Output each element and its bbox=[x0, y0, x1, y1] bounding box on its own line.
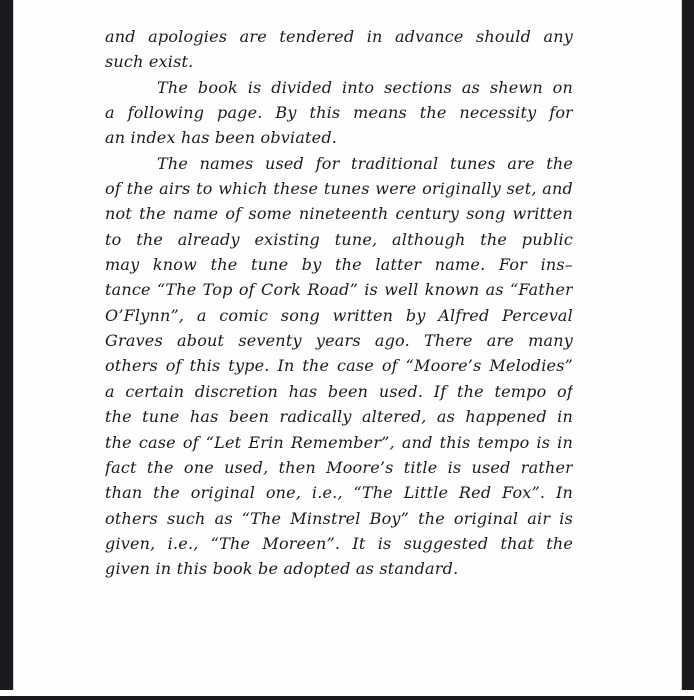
text-line: The book is divided into sections as she… bbox=[105, 75, 573, 100]
text-line: to the already existing tune, although t… bbox=[105, 227, 573, 252]
text-line: others of this type. In the case of “Moo… bbox=[105, 353, 573, 378]
text-line: Graves about seventy years ago. There ar… bbox=[105, 328, 573, 353]
text-line: such exist. bbox=[105, 49, 573, 74]
photo-background-bottom-edge bbox=[0, 696, 694, 700]
text-line: and apologies are tendered in advance sh… bbox=[105, 24, 573, 49]
text-line: The names used for traditional tunes are… bbox=[105, 151, 573, 176]
scanned-book-page: and apologies are tendered in advance sh… bbox=[0, 0, 694, 700]
text-line: an index has been obviated. bbox=[105, 125, 573, 150]
text-line: others such as “The Minstrel Boy” the or… bbox=[105, 506, 573, 531]
photo-background-left-edge bbox=[0, 0, 14, 690]
text-line: of the airs to which these tunes were or… bbox=[105, 176, 573, 201]
text-line: given, i.e., “The Moreen”. It is suggest… bbox=[105, 531, 573, 556]
page-text-block: and apologies are tendered in advance sh… bbox=[105, 24, 573, 582]
text-line: may know the tune by the latter name. Fo… bbox=[105, 252, 573, 277]
text-line: a following page. By this means the nece… bbox=[105, 100, 573, 125]
photo-background-right-edge bbox=[681, 0, 694, 690]
text-line: than the original one, i.e., “The Little… bbox=[105, 480, 573, 505]
text-line: not the name of some nineteenth century … bbox=[105, 201, 573, 226]
text-line: tance “The Top of Cork Road” is well kno… bbox=[105, 277, 573, 302]
text-line: the tune has been radically altered, as … bbox=[105, 404, 573, 429]
text-line: fact the one used, then Moore’s title is… bbox=[105, 455, 573, 480]
text-line: O’Flynn”, a comic song written by Alfred… bbox=[105, 303, 573, 328]
text-line: given in this book be adopted as standar… bbox=[105, 556, 573, 581]
text-line: a certain discretion has been used. If t… bbox=[105, 379, 573, 404]
text-line: the case of “Let Erin Remember”, and thi… bbox=[105, 430, 573, 455]
